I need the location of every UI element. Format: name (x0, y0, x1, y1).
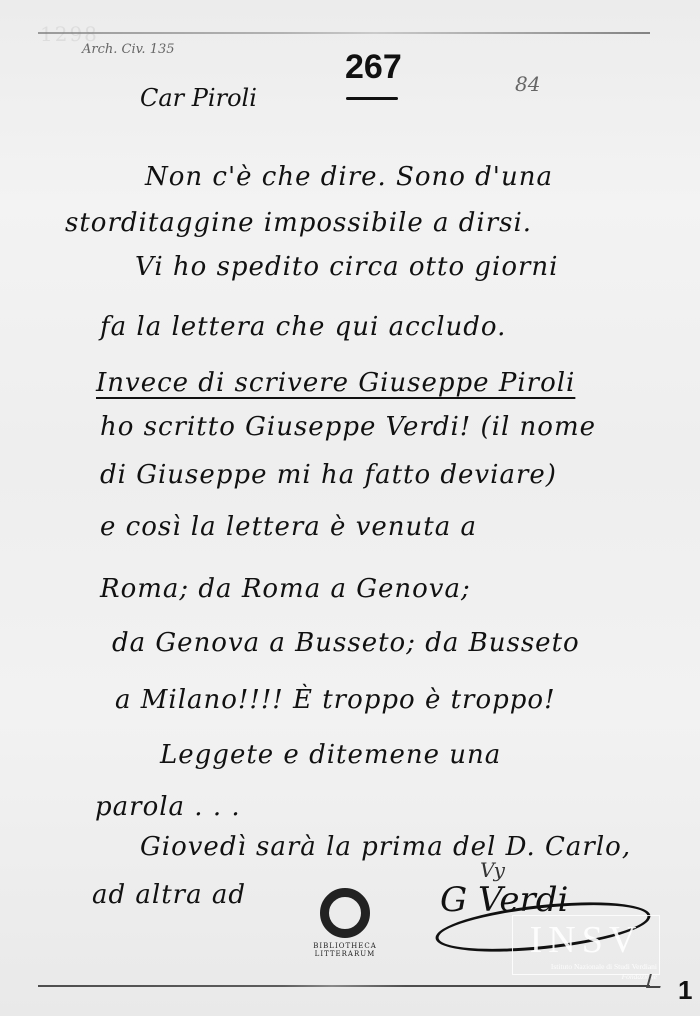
archive-reference: Arch. Civ. 135 (82, 42, 175, 57)
letter-page: 1298 Arch. Civ. 135 267 84 Car Piroli No… (0, 0, 700, 1016)
letter-line: Non c'è che dire. Sono d'una (145, 162, 553, 192)
letter-line: a Milano!!!! È troppo è troppo! (115, 685, 556, 715)
salutation: Car Piroli (140, 84, 257, 112)
watermark-foundation: Fondazione (507, 972, 657, 981)
signature: G Verdi (440, 880, 568, 920)
letter-line: da Genova a Busseto; da Busseto (112, 628, 580, 658)
library-stamp-icon (320, 888, 370, 938)
letter-line: ho scritto Giuseppe Verdi! (il nome (100, 412, 596, 442)
letter-line: di Giuseppe mi ha fatto deviare) (100, 460, 557, 490)
letter-line: Invece di scrivere Giuseppe Piroli (96, 368, 575, 398)
watermark-logo: INSV (513, 918, 659, 962)
page-number: 84 (515, 72, 540, 96)
letter-line: ad altra ad (92, 880, 246, 910)
bottom-rule (38, 985, 650, 987)
stamp-text: BIBLIOTHECA LITTERARUM (300, 942, 390, 958)
letter-line: e così la lettera è venuta a (100, 512, 477, 542)
letter-line: Leggete e ditemene una (160, 740, 501, 770)
corner-mark: 1 (678, 975, 692, 1006)
letter-line: Roma; da Roma a Genova; (100, 574, 471, 604)
letter-line: parola . . . (95, 792, 241, 822)
top-rule (38, 32, 650, 34)
document-number: 267 (345, 48, 402, 87)
document-number-underline (346, 97, 398, 100)
corner-fold-icon (646, 974, 664, 988)
letter-line: fa la lettera che qui accludo. (100, 312, 506, 342)
closing: Vy (480, 858, 505, 882)
letter-line: Vi ho spedito circa otto giorni (135, 252, 558, 282)
letter-line: storditaggine impossibile a dirsi. (65, 208, 532, 238)
watermark-institution: Istituto Nazionale di Studi Verdiani (507, 962, 657, 971)
letter-line: Giovedì sarà la prima del D. Carlo, (140, 832, 631, 862)
